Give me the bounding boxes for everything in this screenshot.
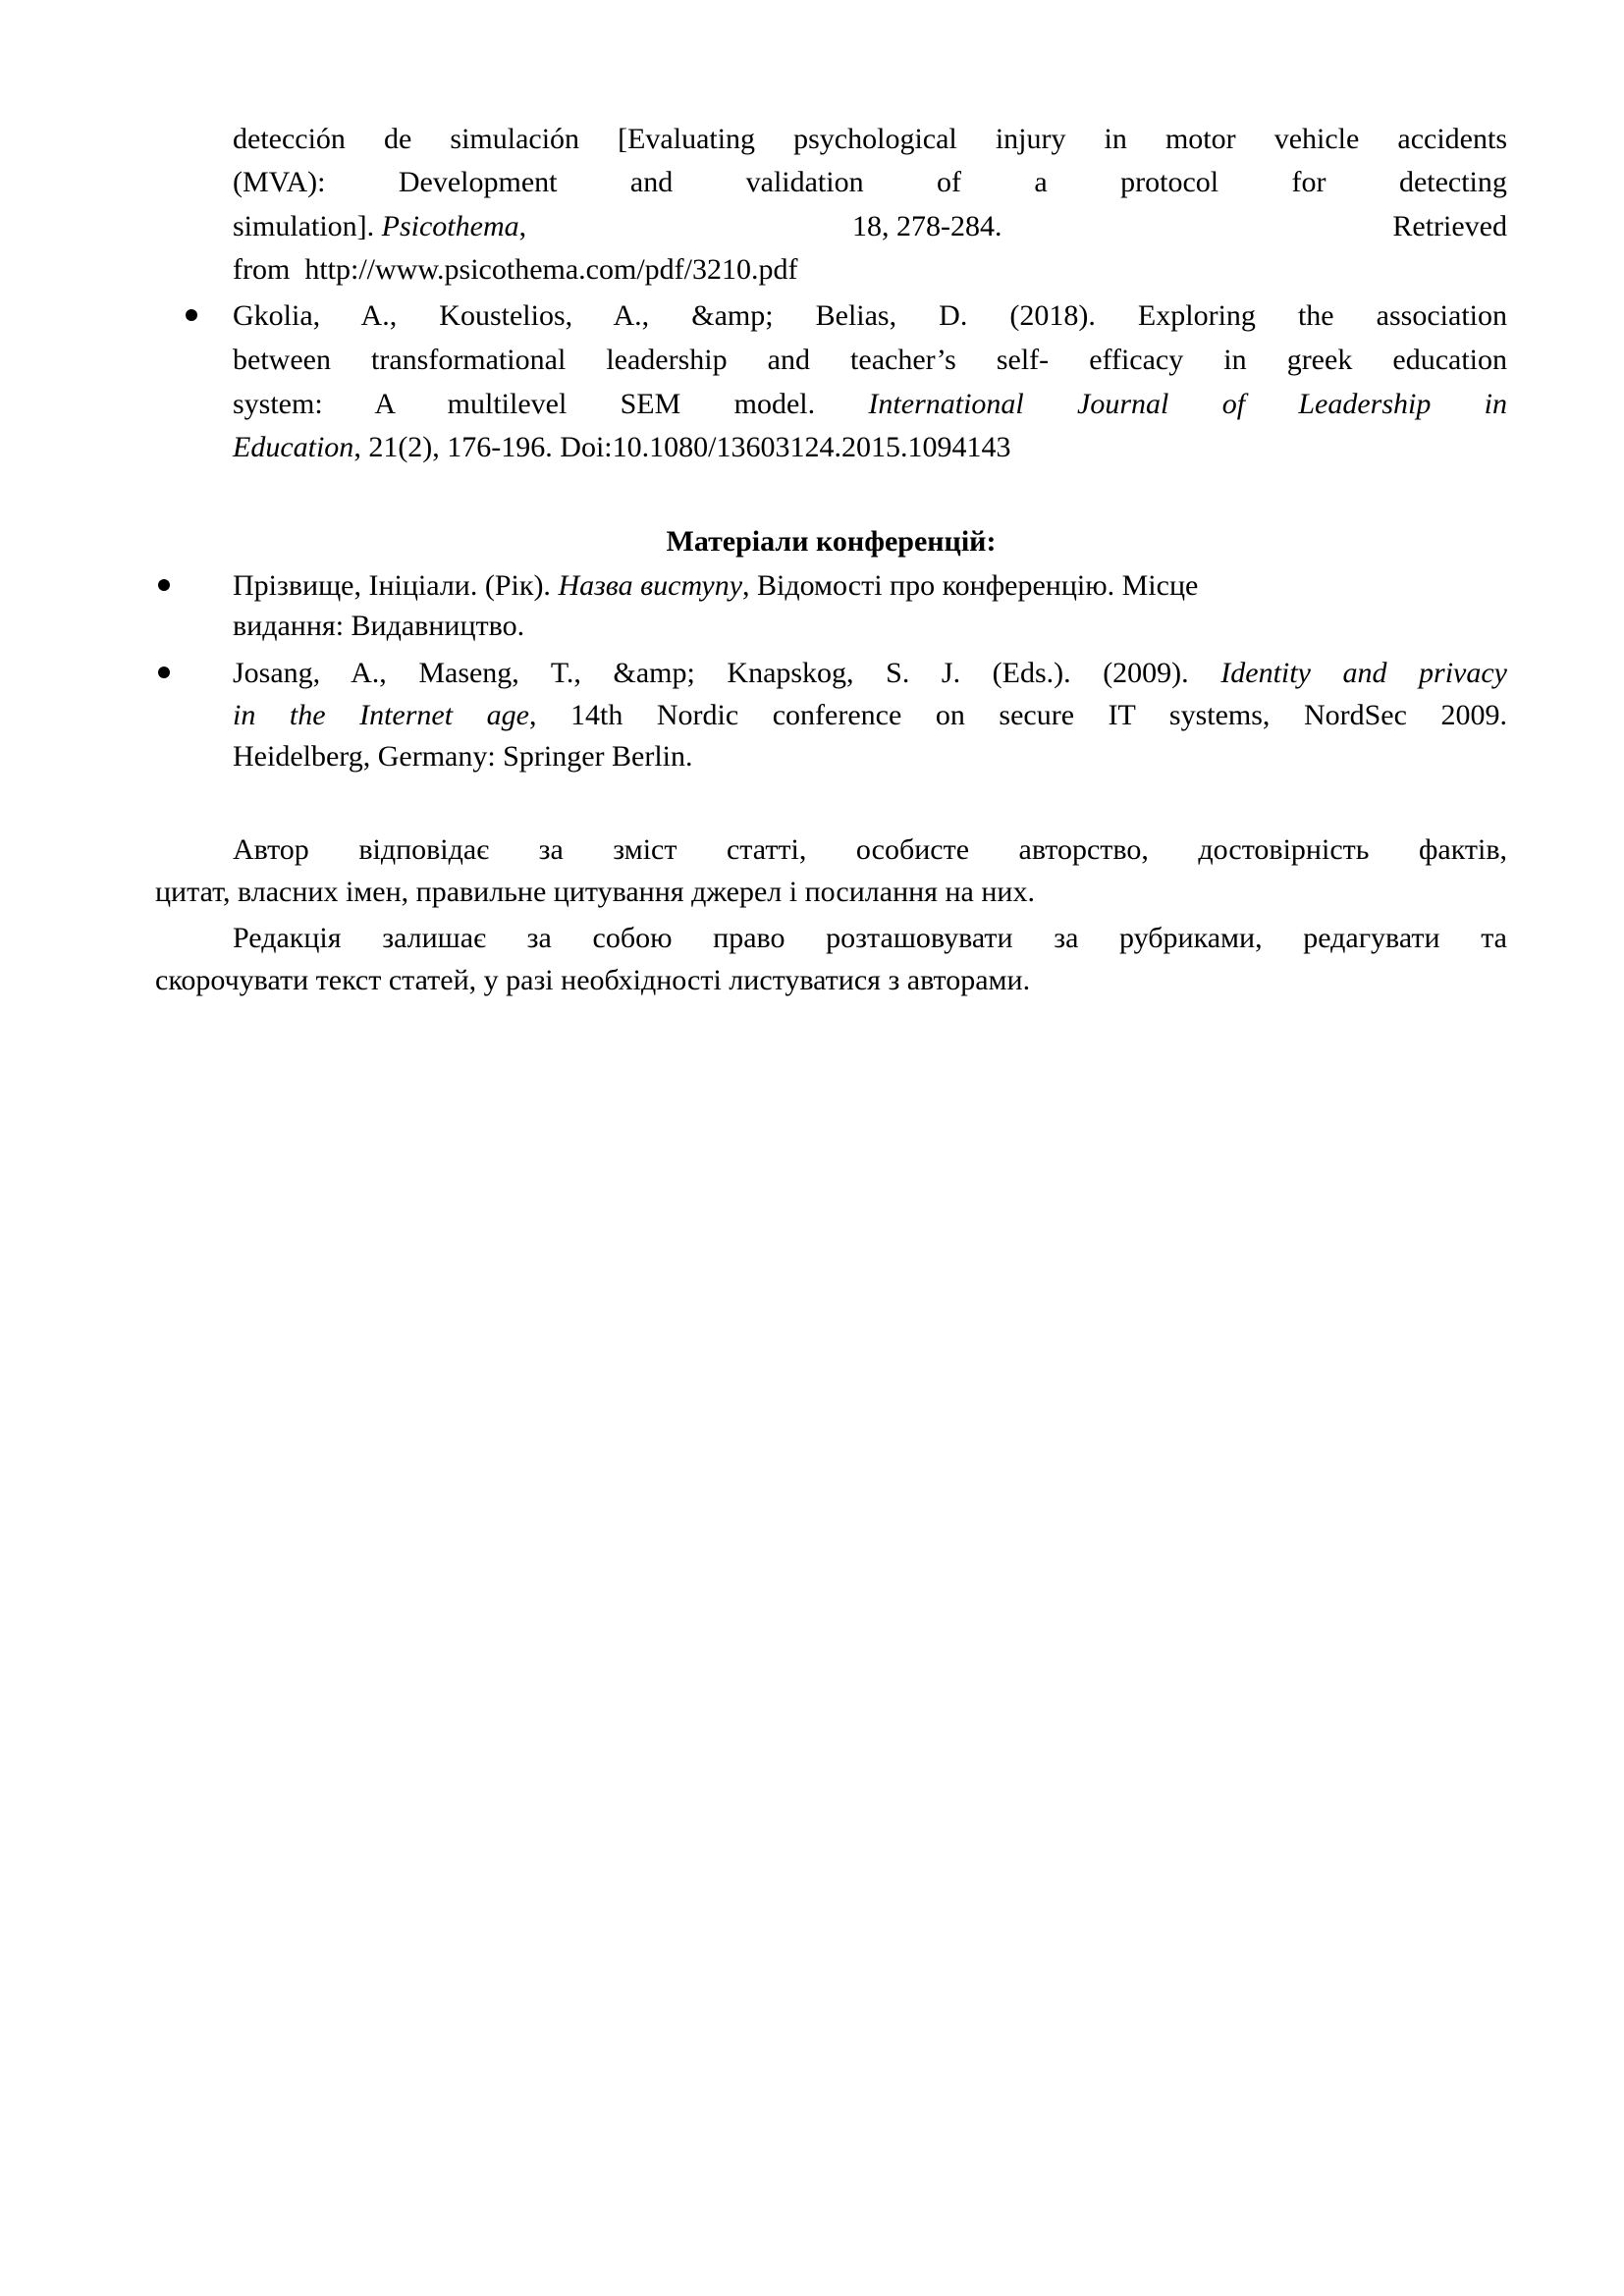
paragraph-line: цитат, власних імен, правильне цитування… [155,875,1035,910]
reference-line: system: A multilevel SEM model. Internat… [233,387,1507,422]
reference-pages: 18, 278-284. [852,209,1002,244]
reference-line: Прізвище, Ініціали. (Рік). Назва виступу… [233,568,1198,604]
document-page: detección de simulación [Evaluating psyc… [0,0,1624,2296]
reference-retrieved: Retrieved [1392,209,1507,244]
reference-line: Josang, A., Maseng, T., &amp; Knapskog, … [233,656,1507,691]
reference-line: simulation]. Psicothema, [233,209,526,244]
bullet-icon [158,667,170,678]
word: a [1034,165,1047,200]
paragraph-line: Автор відповідає за зміст статті, особис… [233,832,1507,868]
bullet-icon [186,309,197,321]
word: detecting [1399,165,1507,200]
word: and [630,165,673,200]
reference-line: Education, 21(2), 176-196. Doi:10.1080/1… [233,430,1010,465]
reference-url[interactable]: from http://www.psicothema.com/pdf/3210.… [233,252,797,288]
reference-line: in the Internet age, 14th Nordic confere… [233,698,1507,733]
word: (MVA): [233,165,325,200]
reference-line: Gkolia, A., Koustelios, A., &amp; Belias… [233,298,1507,334]
journal-title: Psicothema [382,210,519,242]
reference-line: between transformational leadership and … [233,343,1507,378]
word: Development [399,165,558,200]
reference-line: Heidelberg, Germany: Springer Berlin. [233,739,693,774]
bullet-icon [158,579,170,591]
paragraph-line: Редакція залишає за собою право розташов… [233,921,1507,956]
word: validation [746,165,864,200]
word: for [1292,165,1326,200]
reference-line: (MVA):Developmentandvalidationofaprotoco… [233,165,1507,200]
paragraph-line: скорочувати текст статей, у разі необхід… [155,963,1030,998]
word: protocol [1120,165,1218,200]
reference-line: видання: Видавництво. [233,609,524,644]
reference-line: detección de simulación [Evaluating psyc… [233,122,1507,157]
word: of [937,165,961,200]
section-heading: Матеріали конференцій: [155,524,1507,560]
